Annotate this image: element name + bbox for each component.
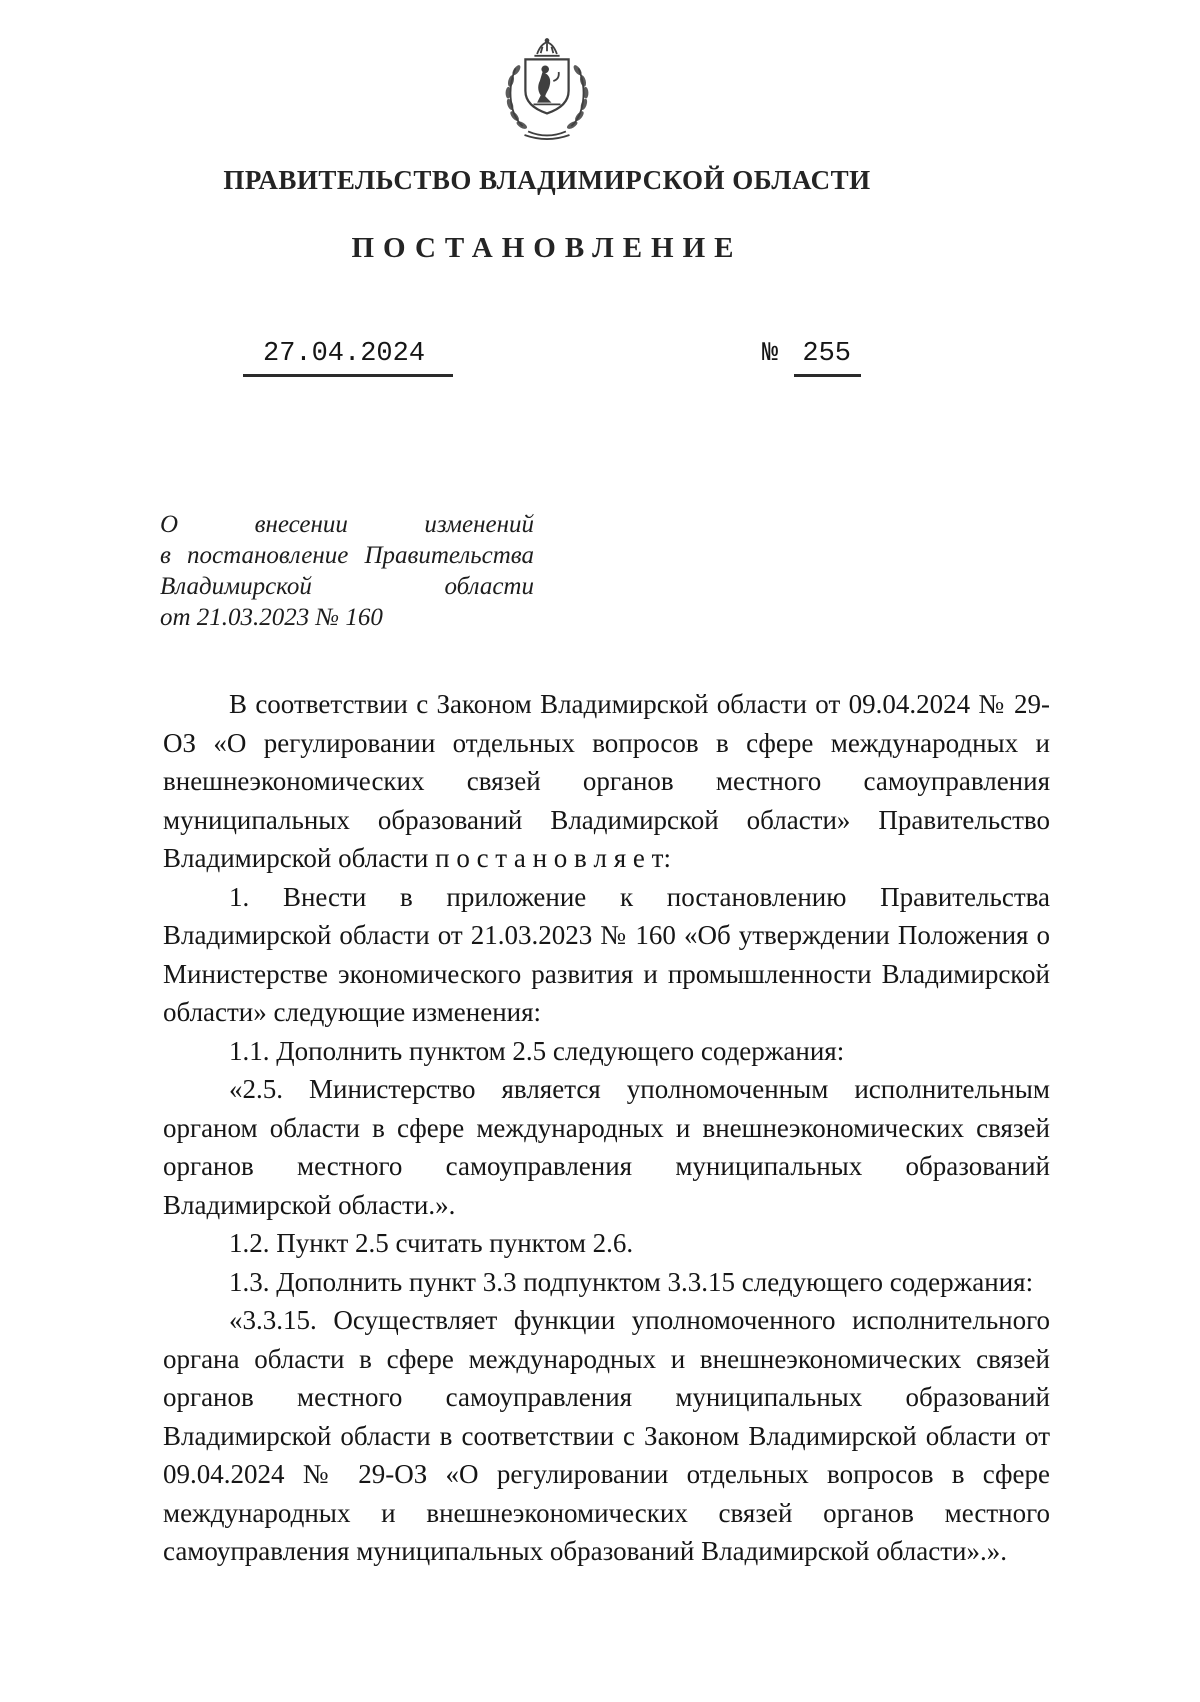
subject-line: О внесении изменений — [160, 509, 534, 540]
document-body: В соответствии с Законом Владимирской об… — [163, 685, 1050, 1571]
subject-line: от 21.03.2023 № 160 — [160, 602, 534, 633]
document-date: 27.04.2024 — [243, 339, 453, 377]
body-paragraph: 1.1. Дополнить пунктом 2.5 следующего со… — [163, 1032, 1050, 1071]
date-number-line: 27.04.2024 № 255 — [0, 339, 1200, 379]
body-paragraph: 1. Внести в приложение к постановлению П… — [163, 878, 1050, 1032]
document-number-group: № 255 — [762, 339, 861, 377]
government-title: ПРАВИТЕЛЬСТВО ВЛАДИМИРСКОЙ ОБЛАСТИ — [197, 165, 897, 196]
subject-line: в постановление Правительства — [160, 540, 534, 571]
document-number: 255 — [794, 339, 861, 377]
document-page: ПРАВИТЕЛЬСТВО ВЛАДИМИРСКОЙ ОБЛАСТИ ПОСТА… — [0, 0, 1200, 1702]
coat-of-arms-icon — [488, 36, 606, 144]
document-header: ПРАВИТЕЛЬСТВО ВЛАДИМИРСКОЙ ОБЛАСТИ ПОСТА… — [197, 0, 897, 265]
body-paragraph: «2.5. Министерство является уполномоченн… — [163, 1070, 1050, 1224]
subject-line: Владимирской области — [160, 571, 534, 602]
body-paragraph: «3.3.15. Осуществляет функции уполномоче… — [163, 1301, 1050, 1571]
body-paragraph: В соответствии с Законом Владимирской об… — [163, 685, 1050, 878]
document-type-title: ПОСТАНОВЛЕНИЕ — [197, 232, 897, 265]
body-paragraph: 1.3. Дополнить пункт 3.3 подпунктом 3.3.… — [163, 1263, 1050, 1302]
subject-block: О внесении изменений в постановление Пра… — [160, 509, 534, 633]
body-paragraph: 1.2. Пункт 2.5 считать пунктом 2.6. — [163, 1224, 1050, 1263]
document-number-label: № — [762, 339, 778, 369]
